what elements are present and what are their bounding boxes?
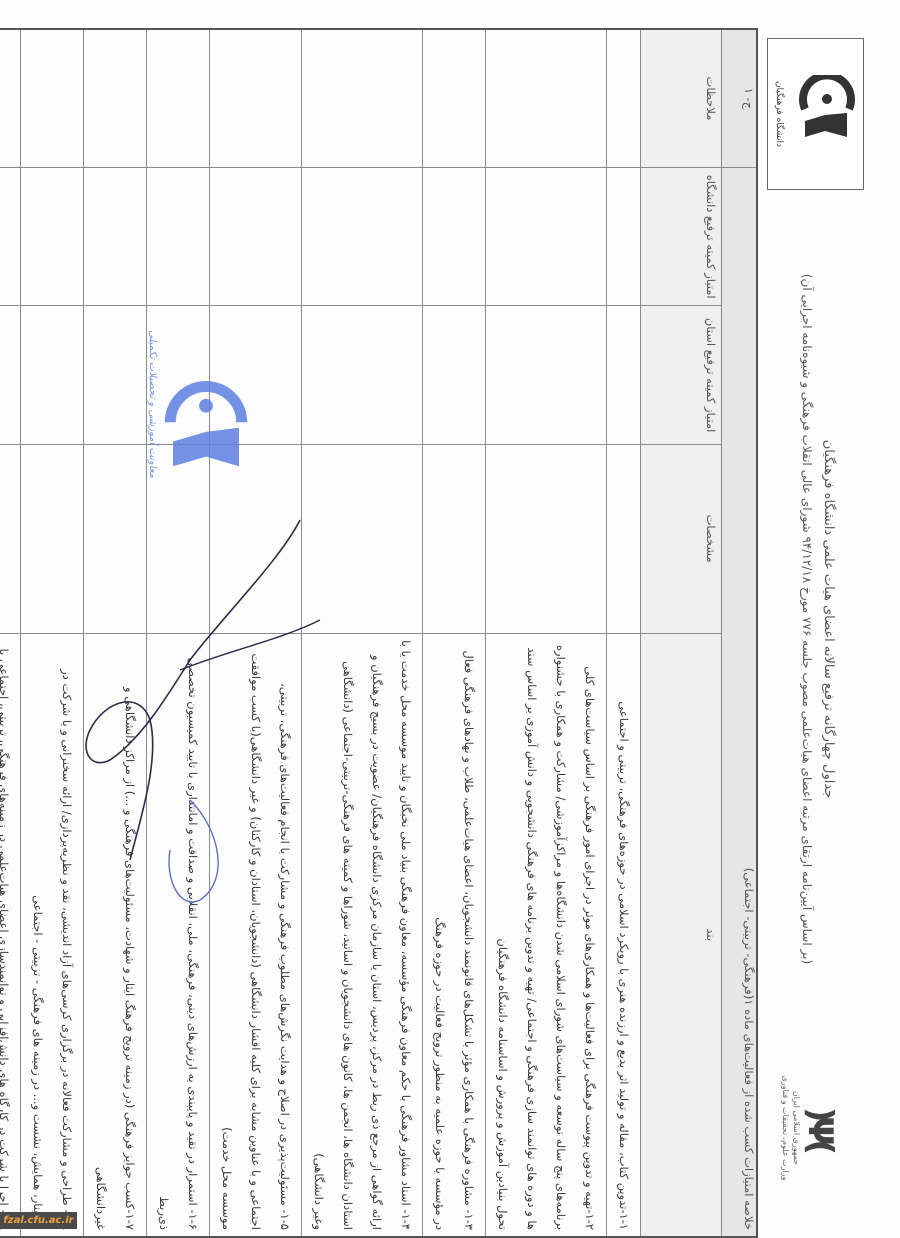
stamp-caption: معاونت آموزشی و تحصیلات تکمیلی [147, 330, 158, 478]
document-title-block: جداول چهارگانه ترفیع سالانه اعضای هیات ع… [796, 200, 838, 1038]
university-logo: دانشگاه فرهنگیان [767, 38, 864, 190]
emblem-caption-1: جمهوری اسلامی ایران [791, 1068, 802, 1188]
university-score-cell[interactable] [210, 167, 302, 305]
logo-caption: دانشگاه فرهنگیان [774, 39, 784, 189]
column-header-university-score: امتیاز کمیته ترفیع دانشگاه [641, 167, 722, 305]
details-cell[interactable] [0, 444, 21, 633]
notes-cell[interactable] [0, 29, 21, 167]
details-cell[interactable] [302, 444, 423, 633]
row-item-text: ۱-۷-کسب جوایز فرهنگی (در زمینه ترویج فره… [84, 633, 147, 1237]
emblem-caption-2: وزارت علوم، تحقیقات و فناوری [780, 1068, 791, 1188]
column-header-notes: ملاحظات [641, 29, 722, 167]
farhangian-logo-icon [799, 75, 855, 145]
document-title: جداول چهارگانه ترفیع سالانه اعضای هیات ع… [818, 200, 838, 1038]
details-cell[interactable] [423, 444, 486, 633]
row-item-text: ۱-۸- طراحی و مشارکت فعالانه در برگزاری ک… [21, 633, 84, 1237]
notes-cell[interactable] [486, 29, 607, 167]
stamp-logo-icon [162, 370, 250, 480]
notes-cell[interactable] [21, 29, 84, 167]
row-item-text: ۱-۲-تهیه و تدوین پیوست فرهنگی برای فعالی… [486, 633, 607, 1237]
notes-cell[interactable] [302, 29, 423, 167]
section-title: خلاصه امتیازات کسب شده از فعالیت‌های ماد… [722, 167, 758, 1237]
row-item-text: ۱-۵- مسئولیت‌پذیری در اصلاح و هدایت نگرش… [210, 633, 302, 1237]
table-row: ۱-۱-تدوین کتاب، مقاله و تولید اثر بدیع و… [607, 29, 641, 1237]
table-row: ۱-۴- استاد مشاور فرهنگی با حکم معاون فره… [302, 29, 423, 1237]
details-cell[interactable] [21, 444, 84, 633]
province-score-cell[interactable] [423, 306, 486, 444]
university-stamp: معاونت آموزشی و تحصیلات تکمیلی [130, 330, 250, 480]
university-score-cell[interactable] [147, 167, 210, 305]
document-subtitle: (بر اساس آیین‌نامه ارتقای مرتبه اعضای هی… [796, 200, 818, 1038]
table-row: ۱-۹- اجرا یا شرکت در کارگاه های دانش‌افز… [0, 29, 21, 1237]
details-cell[interactable] [607, 444, 641, 633]
province-score-cell[interactable] [0, 306, 21, 444]
university-score-cell[interactable] [423, 167, 486, 305]
province-score-cell[interactable] [302, 306, 423, 444]
details-cell[interactable] [486, 444, 607, 633]
column-header-row: بند مشخصات امتیاز کمیته ترفیع استان امتی… [641, 29, 722, 1237]
column-header-province-score: امتیاز کمیته ترفیع استان [641, 306, 722, 444]
emblem-icon: )Ψ( [802, 1068, 838, 1188]
row-item-text: ۱-۱-تدوین کتاب، مقاله و تولید اثر بدیع و… [607, 633, 641, 1237]
summary-table: خلاصه امتیازات کسب شده از فعالیت‌های ماد… [0, 28, 758, 1238]
notes-cell[interactable] [147, 29, 210, 167]
row-item-text: ۱-۴- استاد مشاور فرهنگی با حکم معاون فره… [302, 633, 423, 1237]
column-header-item: بند [641, 633, 722, 1237]
table-row: ۱-۳- مشاوره فرهنگی با همکاری مؤثر با تشک… [423, 29, 486, 1237]
column-header-details: مشخصات [641, 444, 722, 633]
watermark-badge: fzal.cfu.ac.ir [0, 1212, 77, 1229]
notes-cell[interactable] [607, 29, 641, 167]
section-code: ج- ۱ [722, 29, 758, 167]
notes-cell[interactable] [210, 29, 302, 167]
notes-cell[interactable] [84, 29, 147, 167]
notes-cell[interactable] [423, 29, 486, 167]
province-score-cell[interactable] [486, 306, 607, 444]
university-score-cell[interactable] [607, 167, 641, 305]
university-score-cell[interactable] [486, 167, 607, 305]
province-score-cell[interactable] [607, 306, 641, 444]
table-row: ۱-۲-تهیه و تدوین پیوست فرهنگی برای فعالی… [486, 29, 607, 1237]
iran-emblem: )Ψ( جمهوری اسلامی ایران وزارت علوم، تحقی… [780, 1068, 838, 1188]
province-score-cell[interactable] [21, 306, 84, 444]
university-score-cell[interactable] [84, 167, 147, 305]
table-row: ۱-۵- مسئولیت‌پذیری در اصلاح و هدایت نگرش… [210, 29, 302, 1237]
scanned-document-page: )Ψ( جمهوری اسلامی ایران وزارت علوم، تحقی… [0, 0, 900, 1238]
row-item-text: ۱-۶- استمرار در تقید و پایبندی به ارزش‌ه… [147, 633, 210, 1237]
table-row: ۱-۸- طراحی و مشارکت فعالانه در برگزاری ک… [21, 29, 84, 1237]
row-item-text: ۱-۳- مشاوره فرهنگی با همکاری مؤثر با تشک… [423, 633, 486, 1237]
university-score-cell[interactable] [21, 167, 84, 305]
row-item-text: ۱-۹- اجرا یا شرکت در کارگاه های دانش‌افز… [0, 633, 21, 1237]
table-row: ۱-۶- استمرار در تقید و پایبندی به ارزش‌ه… [147, 29, 210, 1237]
section-header-row: خلاصه امتیازات کسب شده از فعالیت‌های ماد… [722, 29, 758, 1237]
university-score-cell[interactable] [302, 167, 423, 305]
table-row: ۱-۷-کسب جوایز فرهنگی (در زمینه ترویج فره… [84, 29, 147, 1237]
university-score-cell[interactable] [0, 167, 21, 305]
